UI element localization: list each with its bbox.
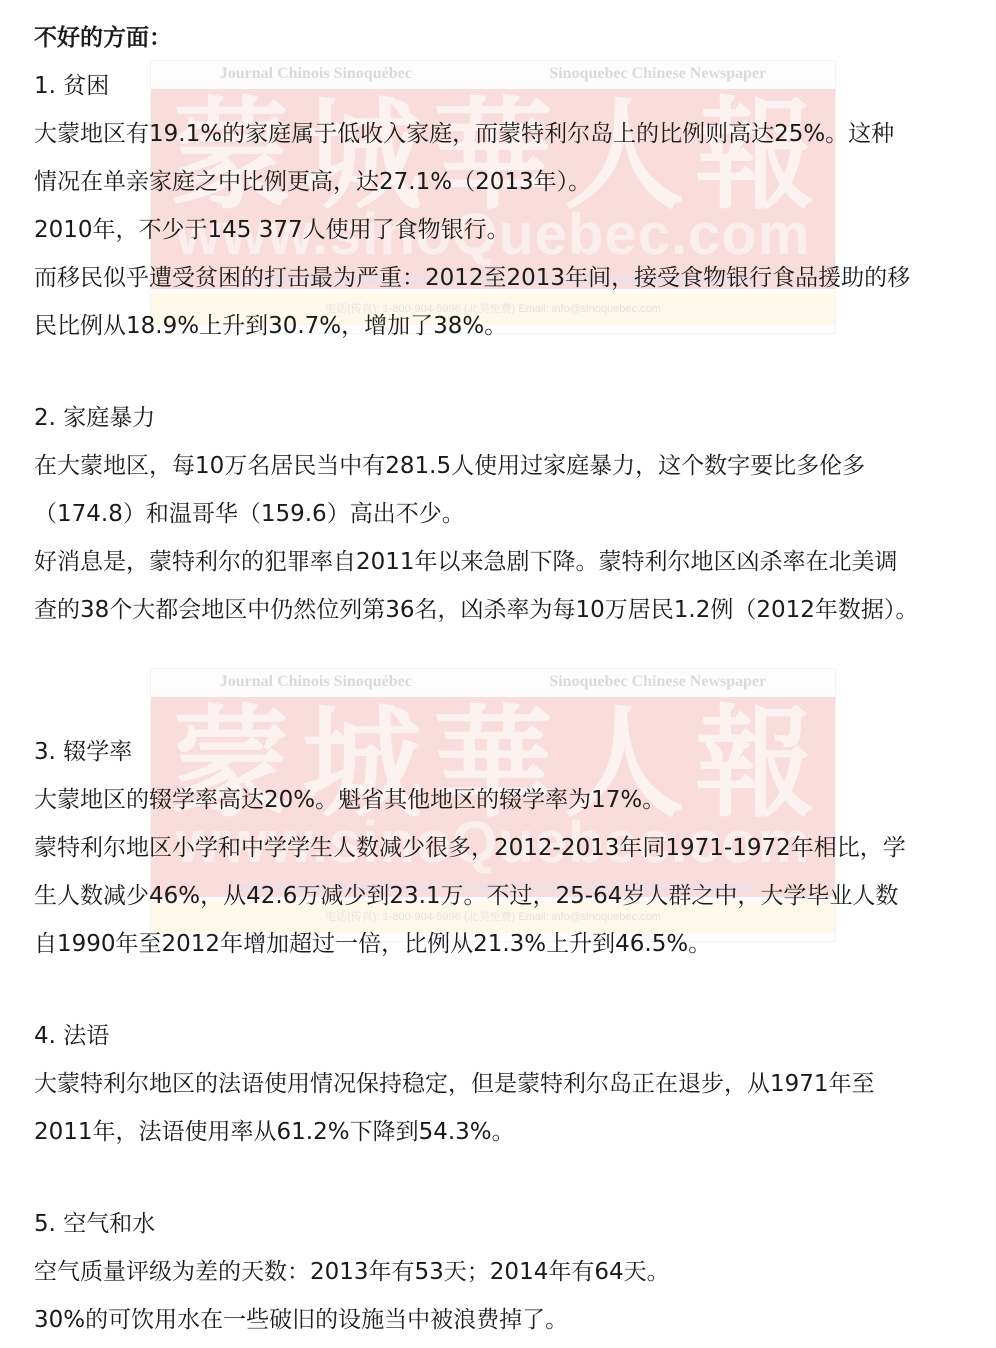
paragraph-line: 而移民似乎遭受贫困的打击最为严重：2012至2013年间，接受食物银行食品援助的… xyxy=(34,254,976,302)
paragraph-line: 在大蒙地区，每10万名居民当中有281.5人使用过家庭暴力，这个数字要比多伦多 xyxy=(34,442,976,490)
paragraph-line: 生人数减少46%，从42.6万减少到23.1万。不过，25-64岁人群之中，大学… xyxy=(34,872,976,920)
paragraph-line: 民比例从18.9%上升到30.7%，增加了38%。 xyxy=(34,302,976,350)
section-poverty: 1. 贫困 大蒙地区有19.1%的家庭属于低收入家庭，而蒙特利尔岛上的比例则高达… xyxy=(34,62,976,350)
section-french-language: 4. 法语 大蒙特利尔地区的法语使用情况保持稳定，但是蒙特利尔岛正在退步，从19… xyxy=(34,1012,976,1156)
paragraph-line: （174.8）和温哥华（159.6）高出不少。 xyxy=(34,490,976,538)
section-title: 3. 辍学率 xyxy=(34,728,976,776)
paragraph-line: 空气质量评级为差的天数：2013年有53天；2014年有64天。 xyxy=(34,1248,976,1296)
paragraph-line: 情况在单亲家庭之中比例更高，达27.1%（2013年）。 xyxy=(34,158,976,206)
paragraph-line: 查的38个大都会地区中仍然位列第36名，凶杀率为每10万居民1.2例（2012年… xyxy=(34,586,976,634)
article-body: 不好的方面： 1. 贫困 大蒙地区有19.1%的家庭属于低收入家庭，而蒙特利尔岛… xyxy=(34,14,976,1344)
section-dropout-rate: 3. 辍学率 大蒙地区的辍学率高达20%。魁省其他地区的辍学率为17%。 蒙特利… xyxy=(34,728,976,968)
paragraph-line: 蒙特利尔地区小学和中学学生人数减少很多，2012-2013年同1971-1972… xyxy=(34,824,976,872)
section-title: 4. 法语 xyxy=(34,1012,976,1060)
paragraph-line: 好消息是，蒙特利尔的犯罪率自2011年以来急剧下降。蒙特利尔地区凶杀率在北美调 xyxy=(34,538,976,586)
paragraph-line: 大蒙特利尔地区的法语使用情况保持稳定，但是蒙特利尔岛正在退步，从1971年至 xyxy=(34,1060,976,1108)
paragraph-line: 自1990年至2012年增加超过一倍，比例从21.3%上升到46.5%。 xyxy=(34,920,976,968)
paragraph-line: 30%的可饮用水在一些破旧的设施当中被浪费掉了。 xyxy=(34,1296,976,1344)
section-air-and-water: 5. 空气和水 空气质量评级为差的天数：2013年有53天；2014年有64天。… xyxy=(34,1200,976,1344)
paragraph-line: 2010年，不少于145 377人使用了食物银行。 xyxy=(34,206,976,254)
article-heading: 不好的方面： xyxy=(34,14,976,62)
section-domestic-violence: 2. 家庭暴力 在大蒙地区，每10万名居民当中有281.5人使用过家庭暴力，这个… xyxy=(34,394,976,634)
paragraph-line: 大蒙地区有19.1%的家庭属于低收入家庭，而蒙特利尔岛上的比例则高达25%。这种 xyxy=(34,110,976,158)
section-title: 5. 空气和水 xyxy=(34,1200,976,1248)
paragraph-line: 2011年，法语使用率从61.2%下降到54.3%。 xyxy=(34,1108,976,1156)
section-title: 2. 家庭暴力 xyxy=(34,394,976,442)
section-title: 1. 贫困 xyxy=(34,62,976,110)
paragraph-line: 大蒙地区的辍学率高达20%。魁省其他地区的辍学率为17%。 xyxy=(34,776,976,824)
